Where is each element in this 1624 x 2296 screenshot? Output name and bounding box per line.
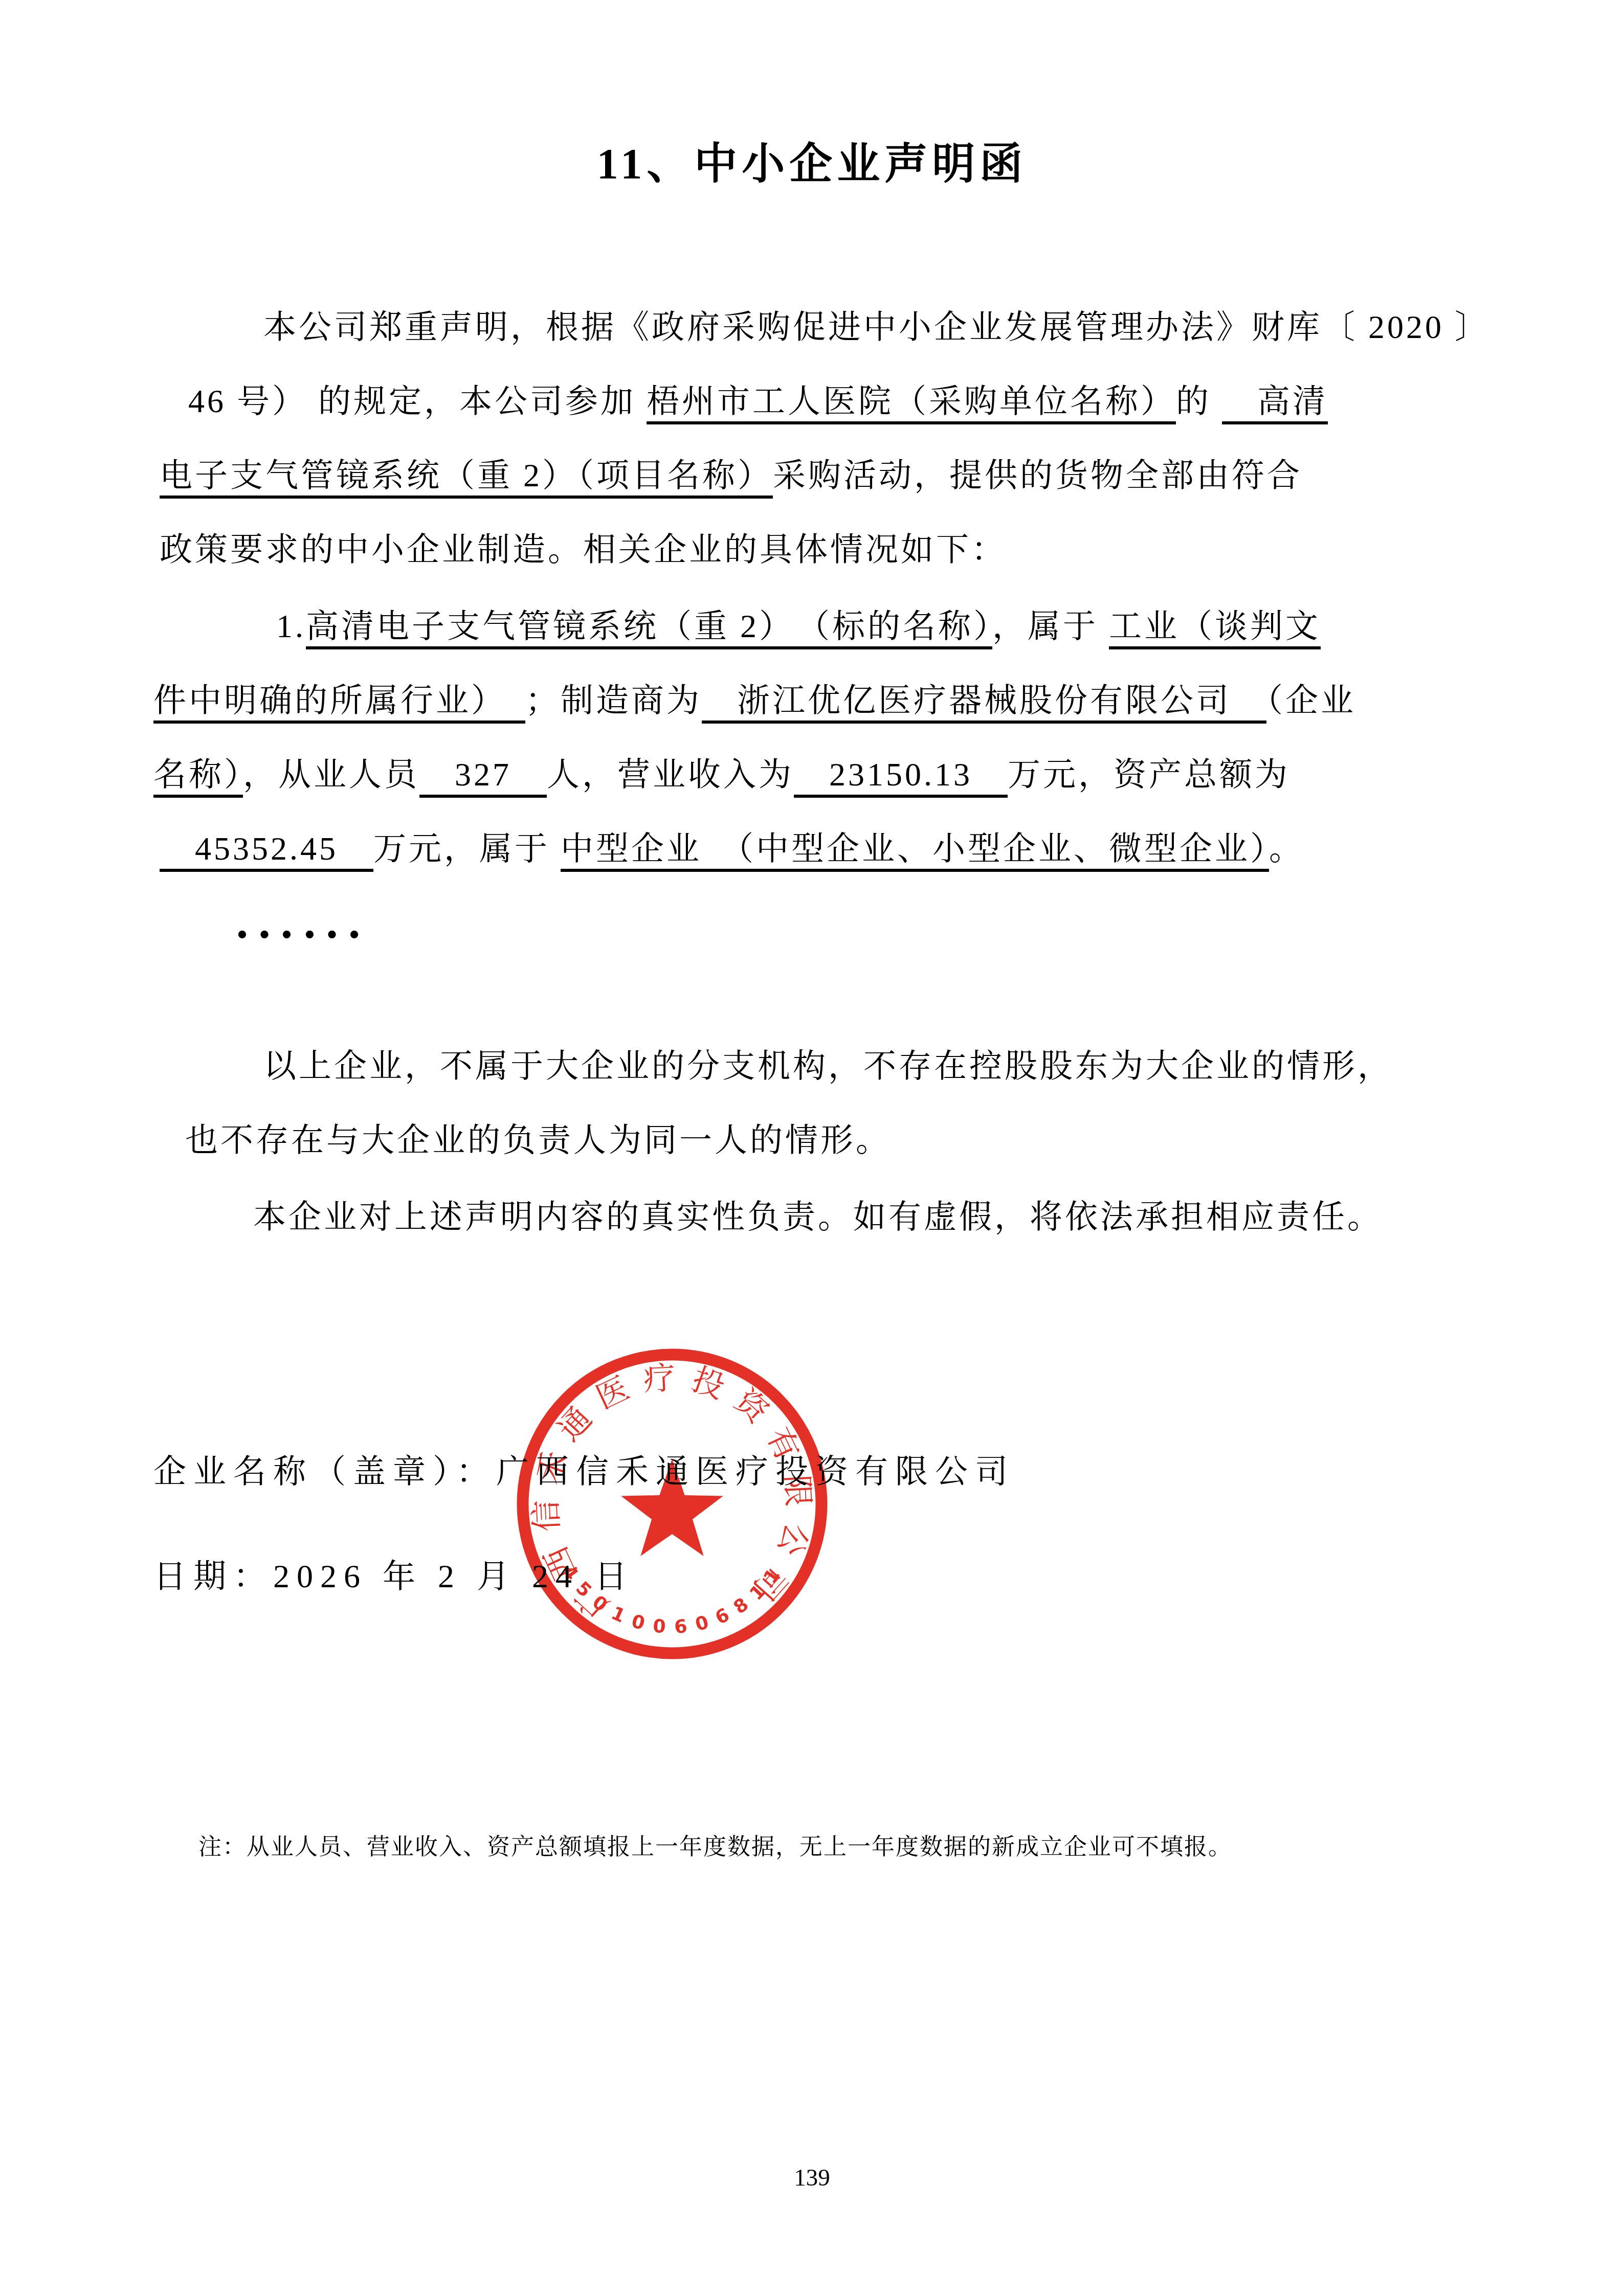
company-signature-line: 企业名称（盖章）：广西信禾通医疗投资有限公司 — [153, 1450, 1015, 1494]
underlined-project-name: 高清 — [1222, 383, 1328, 419]
underlined-employee-count: 327 — [419, 756, 547, 793]
date-line: 日期：2026 年 2 月 24 日 — [153, 1555, 634, 1599]
declaration-line: 电子支气管镜系统（重 2）（项目名称）采购活动，提供的货物全部由符合 — [160, 454, 1302, 498]
text-segment: 本企业对上述声明内容的真实性负责。如有虚假，将依法承担相应责任。 — [253, 1199, 1383, 1235]
underlined-manufacturer-name: 名称） — [153, 756, 243, 793]
underlined-total-assets: 45352.45 — [160, 830, 373, 867]
document-page: 11、中小企业声明函 本公司郑重声明，根据《政府采购促进中小企业发展管理办法》财… — [0, 0, 1624, 2296]
text-segment: 人，营业收入为 — [547, 756, 794, 793]
underlined-revenue: 23150.13 — [794, 756, 1008, 793]
underlined-purchaser-name: 梧州市工人医院（采购单位名称） — [647, 383, 1176, 419]
text-segment: 以上企业，不属于大企业的分支机构，不存在控股股东为大企业的情形， — [263, 1048, 1393, 1084]
text-segment: 46 号） 的规定，本公司参加 — [188, 383, 647, 419]
text-segment: 本公司郑重声明，根据《政府采购促进中小企业发展管理办法》财库〔 2020 〕 — [263, 309, 1490, 345]
declaration-line: 46 号） 的规定，本公司参加 梧州市工人医院（采购单位名称）的 高清 — [188, 379, 1328, 423]
text-segment: 也不存在与大企业的负责人为同一人的情形。 — [185, 1122, 891, 1158]
company-name: 广西信禾通医疗投资有限公司 — [496, 1453, 1015, 1490]
page-number: 139 — [0, 2164, 1624, 2192]
declaration-line: 本企业对上述声明内容的真实性负责。如有虚假，将依法承担相应责任。 — [253, 1195, 1383, 1239]
declaration-line: 以上企业，不属于大企业的分支机构，不存在控股股东为大企业的情形， — [263, 1044, 1393, 1088]
company-seal-stamp: 广西信禾通医疗投资有限公司 4501006068111 — [516, 1348, 829, 1661]
ellipsis: …… — [231, 879, 366, 952]
text-segment: 万元，资产总额为 — [1008, 756, 1290, 793]
ellipsis-line: …… — [231, 900, 366, 931]
footnote: 注：从业人员、营业收入、资产总额填报上一年度数据，无上一年度数据的新成立企业可不… — [198, 1832, 1232, 1862]
text-segment: 政策要求的中小企业制造。相关企业的具体情况如下： — [160, 531, 1007, 568]
text-segment: 。 — [1269, 830, 1304, 867]
underlined-enterprise-type: 中型企业 （中型企业、小型企业、微型企业） — [561, 830, 1269, 867]
underlined-project-name: 电子支气管镜系统（重 2）（项目名称） — [160, 457, 773, 493]
declaration-line: 政策要求的中小企业制造。相关企业的具体情况如下： — [160, 528, 1007, 572]
text-segment: ，从业人员 — [243, 756, 419, 793]
text-segment: 万元，属于 — [373, 830, 561, 867]
declaration-line: 名称），从业人员 327 人，营业收入为 23150.13 万元，资产总额为 — [153, 753, 1290, 797]
underlined-manufacturer-name: 浙江优亿医疗器械股份有限公司 — [702, 682, 1266, 718]
list-number: 1. — [276, 608, 306, 644]
underlined-industry: 件中明确的所属行业） — [153, 682, 525, 718]
company-label: 企业名称（盖章）： — [153, 1453, 496, 1490]
page-title: 11、中小企业声明函 — [0, 139, 1624, 190]
text-segment: 的 — [1176, 383, 1222, 419]
declaration-line: 1.高清电子支气管镜系统（重 2） （标的名称），属于 工业（谈判文 — [276, 604, 1321, 648]
declaration-line: 本公司郑重声明，根据《政府采购促进中小企业发展管理办法》财库〔 2020 〕 — [263, 305, 1490, 349]
text-segment: （企业 — [1266, 682, 1356, 718]
declaration-line: 件中明确的所属行业） ；制造商为 浙江优亿医疗器械股份有限公司 （企业 — [153, 679, 1356, 723]
declaration-line: 45352.45 万元，属于 中型企业 （中型企业、小型企业、微型企业）。 — [160, 827, 1304, 871]
text-segment: ，属于 — [992, 608, 1109, 644]
declaration-line: 也不存在与大企业的负责人为同一人的情形。 — [185, 1118, 891, 1162]
underlined-subject-name: 高清电子支气管镜系统（重 2） （标的名称） — [306, 608, 992, 644]
text-segment: ；制造商为 — [525, 682, 702, 718]
text-segment: 采购活动，提供的货物全部由符合 — [773, 457, 1302, 493]
underlined-industry: 工业（谈判文 — [1109, 608, 1321, 644]
